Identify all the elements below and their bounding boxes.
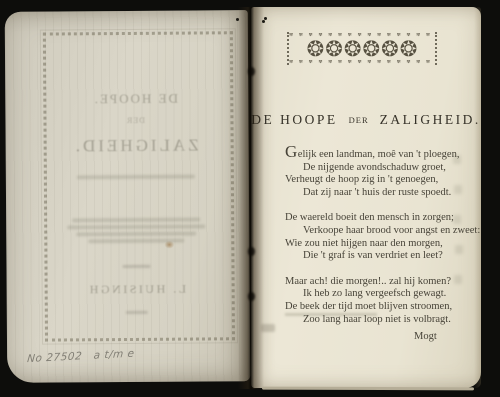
- ornament-edge-bottom: ✼ ✼ ✼ ✼ ✼ ✼ ✼ ✼ ✼ ✼ ✼ ✼ ✼ ✼ ✼ ✼: [289, 60, 435, 64]
- bleedthrough-line: DER: [43, 115, 227, 125]
- poem-line: Gelijk een landman, moê van 't ploegen,: [285, 146, 480, 162]
- dust-speck: [236, 18, 239, 21]
- paper-stain: [164, 241, 174, 249]
- rosette-icon: ❂: [381, 38, 399, 60]
- right-page: ✼ ✼ ✼ ✼ ✼ ✼ ✼ ✼ ✼ ✼ ✼ ✼ ✼ ✼ ✼ ✼ ❂❂❂❂❂❂ ✼…: [251, 7, 481, 388]
- bleedthrough-line: ZALIGHEID.: [44, 135, 228, 156]
- poem-line: Ik heb zo lang vergeefsch gewagt.: [285, 288, 480, 301]
- photo-of-open-book: DE HOOPE.DERZALIGHEID.L. HUISINGH No 275…: [0, 0, 500, 397]
- header-ornament-band: ✼ ✼ ✼ ✼ ✼ ✼ ✼ ✼ ✼ ✼ ✼ ✼ ✼ ✼ ✼ ✼ ❂❂❂❂❂❂ ✼…: [287, 32, 437, 65]
- page-title-main2: ZALIGHEID.: [380, 112, 481, 127]
- poem-line: Wie zou niet hijgen naar den morgen,: [285, 238, 480, 251]
- poem-line: Die 't graf is van verdriet en leet?: [285, 250, 480, 263]
- stanza: Gelijk een landman, moê van 't ploegen,D…: [285, 146, 480, 199]
- bleedthrough-line: [126, 311, 148, 314]
- rosette-row: ❂❂❂❂❂❂: [307, 38, 418, 60]
- page-title-der: DER: [349, 115, 369, 125]
- poem-line: Dat zij naar 't huis der ruste spoedt.: [285, 187, 480, 200]
- title-page-bleedthrough: DE HOOPE.DERZALIGHEID.L. HUISINGH: [43, 31, 229, 335]
- left-page: DE HOOPE.DERZALIGHEID.L. HUISINGH No 275…: [5, 10, 251, 383]
- poem-line: Verheugt de hoop zig in 't genoegen,: [285, 174, 480, 187]
- bleedthrough-signature-mark: [261, 324, 275, 332]
- poem-line: Maar ach! die morgen!.. zal hij komen?: [285, 276, 480, 289]
- bleedthrough-line: DE HOOPE.: [43, 90, 227, 107]
- bleedthrough-mark: [453, 155, 461, 164]
- stanza: Maar ach! die morgen!.. zal hij komen?Ik…: [285, 276, 480, 326]
- bleedthrough-line: [77, 175, 195, 180]
- bleedthrough-mark: [454, 185, 462, 194]
- rosette-icon: ❂: [307, 38, 325, 60]
- dust-speck: [262, 20, 265, 23]
- bleedthrough-mark: [454, 275, 462, 284]
- rosette-icon: ❂: [363, 38, 381, 60]
- poem-line: De waereld boeit den mensch in zorgen;: [285, 212, 480, 225]
- poem-line: De nijgende avondschaduw groet,: [285, 162, 480, 175]
- bleedthrough-mark: [453, 215, 461, 224]
- page-title: DE HOOPE DER ZALIGHEID.: [251, 95, 481, 132]
- bleedthrough-mark: [455, 245, 463, 254]
- bleedthrough-line: [67, 224, 205, 229]
- rosette-icon: ❂: [344, 38, 362, 60]
- poem-line: De beek der tijd moet blijven stroomen,: [285, 301, 480, 314]
- rosette-icon: ❂: [325, 38, 343, 60]
- rosette-icon: ❂: [400, 38, 418, 60]
- bleedthrough-line: [72, 217, 200, 222]
- bleedthrough-line: [122, 265, 150, 268]
- page-edge-sliver: [262, 387, 474, 391]
- bleedthrough-lines: DE HOOPE.DERZALIGHEID.L. HUISINGH: [43, 31, 229, 335]
- bleedthrough-rule: [285, 313, 377, 316]
- poem: Gelijk een landman, moê van 't ploegen,D…: [285, 146, 480, 339]
- stanza: De waereld boeit den mensch in zorgen;Ve…: [285, 212, 480, 262]
- poem-line: Verkoope haar brood voor angst en zweet:: [285, 225, 480, 238]
- page-title-main: DE HOOPE: [251, 112, 337, 127]
- bleedthrough-line: [76, 232, 196, 237]
- bleedthrough-line: L. HUISINGH: [45, 281, 229, 297]
- catchword: Mogt: [414, 331, 437, 342]
